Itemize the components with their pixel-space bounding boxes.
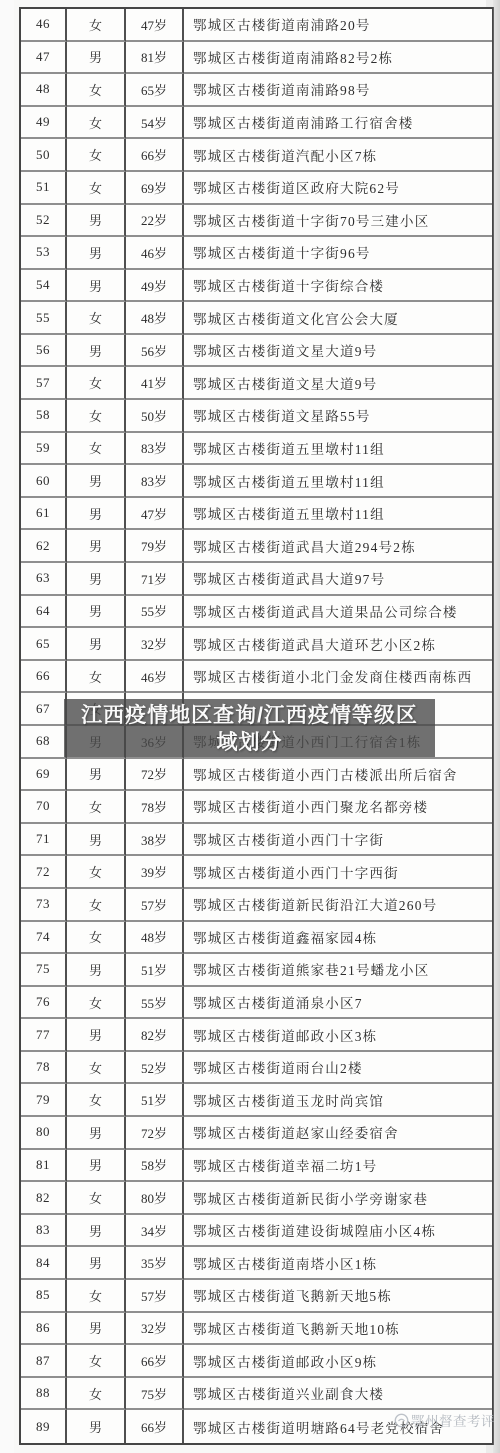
address-cell: 鄂城区古楼街道文星路55号 bbox=[184, 400, 492, 433]
gender-cell: 女 bbox=[67, 889, 126, 922]
age-cell: 35岁 bbox=[126, 1247, 184, 1280]
row-number-cell: 87 bbox=[21, 1345, 67, 1378]
row-number-cell: 89 bbox=[21, 1410, 67, 1443]
row-number-cell: 50 bbox=[21, 139, 67, 172]
age-cell: 66岁 bbox=[126, 1410, 184, 1443]
address-cell: 鄂城区古楼街道新民街小学旁谢家巷 bbox=[184, 1182, 492, 1215]
overlay-caption-banner: 江西疫情地区查询/江西疫情等级区 域划分 bbox=[64, 699, 435, 757]
age-cell: 57岁 bbox=[126, 889, 184, 922]
address-cell: 鄂城区古楼街道十字街96号 bbox=[184, 237, 492, 270]
gender-cell: 男 bbox=[67, 954, 126, 987]
gender-cell: 女 bbox=[67, 367, 126, 400]
address-cell: 鄂城区古楼街道建设街城隍庙小区4栋 bbox=[184, 1215, 492, 1248]
row-number-cell: 72 bbox=[21, 856, 67, 889]
gender-cell: 女 bbox=[67, 922, 126, 955]
gender-cell: 男 bbox=[67, 465, 126, 498]
age-cell: 55岁 bbox=[126, 596, 184, 629]
address-cell: 鄂城区古楼街道五里墩村11组 bbox=[184, 465, 492, 498]
address-cell: 鄂城区古楼街道新民街沿江大道260号 bbox=[184, 889, 492, 922]
address-cell: 鄂城区古楼街道五里墩村11组 bbox=[184, 433, 492, 466]
address-cell: 鄂城区古楼街道邮政小区9栋 bbox=[184, 1345, 492, 1378]
address-cell: 鄂城区古楼街道武昌大道果品公司综合楼 bbox=[184, 596, 492, 629]
row-number-cell: 80 bbox=[21, 1117, 67, 1150]
age-cell: 49岁 bbox=[126, 270, 184, 303]
age-cell: 83岁 bbox=[126, 433, 184, 466]
row-number-cell: 86 bbox=[21, 1313, 67, 1346]
gender-cell: 女 bbox=[67, 987, 126, 1020]
row-number-cell: 74 bbox=[21, 922, 67, 955]
row-number-cell: 88 bbox=[21, 1378, 67, 1411]
row-number-cell: 64 bbox=[21, 596, 67, 629]
address-cell: 鄂城区古楼街道文星大道9号 bbox=[184, 367, 492, 400]
gender-cell: 男 bbox=[67, 1247, 126, 1280]
age-cell: 69岁 bbox=[126, 172, 184, 205]
age-cell: 51岁 bbox=[126, 954, 184, 987]
address-cell: 鄂城区古楼街道小西门古楼派出所后宿舍 bbox=[184, 759, 492, 792]
gender-cell: 女 bbox=[67, 172, 126, 205]
gender-cell: 女 bbox=[67, 139, 126, 172]
age-cell: 50岁 bbox=[126, 400, 184, 433]
gender-cell: 男 bbox=[67, 530, 126, 563]
gender-cell: 女 bbox=[67, 661, 126, 694]
page-edge-strip bbox=[493, 0, 500, 1453]
age-cell: 81岁 bbox=[126, 42, 184, 75]
address-cell: 鄂城区古楼街道小西门十字西街 bbox=[184, 856, 492, 889]
row-number-cell: 53 bbox=[21, 237, 67, 270]
row-number-cell: 70 bbox=[21, 791, 67, 824]
row-number-cell: 81 bbox=[21, 1150, 67, 1183]
row-number-cell: 69 bbox=[21, 759, 67, 792]
address-cell: 鄂城区古楼街道兴业副食大楼 bbox=[184, 1378, 492, 1411]
banner-title-line1: 江西疫情地区查询/江西疫情等级区 bbox=[64, 702, 435, 729]
gender-cell: 女 bbox=[67, 433, 126, 466]
gender-cell: 女 bbox=[67, 302, 126, 335]
row-number-cell: 77 bbox=[21, 1019, 67, 1052]
gender-cell: 女 bbox=[67, 1052, 126, 1085]
row-number-cell: 65 bbox=[21, 628, 67, 661]
gender-cell: 女 bbox=[67, 1378, 126, 1411]
gender-cell: 男 bbox=[67, 270, 126, 303]
row-number-cell: 73 bbox=[21, 889, 67, 922]
address-cell: 鄂城区古楼街道小西门十字街 bbox=[184, 824, 492, 857]
gender-cell: 女 bbox=[67, 856, 126, 889]
address-cell: 鄂城区古楼街道涌泉小区7 bbox=[184, 987, 492, 1020]
address-cell: 鄂城区古楼街道文化宫公会大厦 bbox=[184, 302, 492, 335]
address-cell: 鄂城区古楼街道武昌大道环艺小区2栋 bbox=[184, 628, 492, 661]
age-cell: 79岁 bbox=[126, 530, 184, 563]
row-number-cell: 82 bbox=[21, 1182, 67, 1215]
age-cell: 55岁 bbox=[126, 987, 184, 1020]
gender-cell: 男 bbox=[67, 498, 126, 531]
age-cell: 57岁 bbox=[126, 1280, 184, 1313]
address-cell: 鄂城区古楼街道南浦路工行宿舍楼 bbox=[184, 107, 492, 140]
address-cell: 鄂城区古楼街道区政府大院62号 bbox=[184, 172, 492, 205]
gender-cell: 男 bbox=[67, 628, 126, 661]
age-cell: 82岁 bbox=[126, 1019, 184, 1052]
age-cell: 46岁 bbox=[126, 661, 184, 694]
row-number-cell: 68 bbox=[21, 726, 67, 759]
address-cell: 鄂城区古楼街道南浦路98号 bbox=[184, 74, 492, 107]
age-cell: 72岁 bbox=[126, 759, 184, 792]
row-number-cell: 58 bbox=[21, 400, 67, 433]
gender-cell: 男 bbox=[67, 42, 126, 75]
row-number-cell: 46 bbox=[21, 9, 67, 42]
row-number-cell: 55 bbox=[21, 302, 67, 335]
address-cell: 鄂城区古楼街道南浦路82号2栋 bbox=[184, 42, 492, 75]
address-cell: 鄂城区古楼街道南塔小区1栋 bbox=[184, 1247, 492, 1280]
row-number-cell: 48 bbox=[21, 74, 67, 107]
address-cell: 鄂城区古楼街道幸福二坊1号 bbox=[184, 1150, 492, 1183]
watermark-circle-logo-icon bbox=[394, 1413, 409, 1428]
address-cell: 鄂城区古楼街道小西门聚龙名都旁楼 bbox=[184, 791, 492, 824]
row-number-cell: 84 bbox=[21, 1247, 67, 1280]
gender-cell: 男 bbox=[67, 759, 126, 792]
gender-cell: 男 bbox=[67, 335, 126, 368]
age-cell: 51岁 bbox=[126, 1084, 184, 1117]
banner-title-line2: 域划分 bbox=[64, 729, 435, 756]
gender-cell: 女 bbox=[67, 791, 126, 824]
address-cell: 鄂城区古楼街道玉龙时尚宾馆 bbox=[184, 1084, 492, 1117]
age-cell: 38岁 bbox=[126, 824, 184, 857]
watermark: 鄂州督查考评 bbox=[394, 1410, 495, 1430]
row-number-cell: 79 bbox=[21, 1084, 67, 1117]
address-cell: 鄂城区古楼街道南浦路20号 bbox=[184, 9, 492, 42]
address-cell: 鄂城区古楼街道雨台山2楼 bbox=[184, 1052, 492, 1085]
age-cell: 56岁 bbox=[126, 335, 184, 368]
row-number-cell: 51 bbox=[21, 172, 67, 205]
gender-cell: 男 bbox=[67, 1117, 126, 1150]
row-number-cell: 75 bbox=[21, 954, 67, 987]
gender-cell: 女 bbox=[67, 9, 126, 42]
age-cell: 83岁 bbox=[126, 465, 184, 498]
address-cell: 鄂城区古楼街道飞鹅新天地5栋 bbox=[184, 1280, 492, 1313]
age-cell: 47岁 bbox=[126, 9, 184, 42]
row-number-cell: 85 bbox=[21, 1280, 67, 1313]
address-cell: 鄂城区古楼街道赵家山经委宿舍 bbox=[184, 1117, 492, 1150]
age-cell: 80岁 bbox=[126, 1182, 184, 1215]
gender-cell: 女 bbox=[67, 107, 126, 140]
address-cell: 鄂城区古楼街道武昌大道97号 bbox=[184, 563, 492, 596]
gender-cell: 男 bbox=[67, 237, 126, 270]
gender-cell: 女 bbox=[67, 1182, 126, 1215]
gender-cell: 女 bbox=[67, 1084, 126, 1117]
age-cell: 72岁 bbox=[126, 1117, 184, 1150]
gender-cell: 女 bbox=[67, 74, 126, 107]
address-cell: 鄂城区古楼街道小北门金发商住楼西南栋西 bbox=[184, 661, 492, 694]
row-number-cell: 52 bbox=[21, 205, 67, 238]
row-number-cell: 62 bbox=[21, 530, 67, 563]
address-cell: 鄂城区古楼街道文星大道9号 bbox=[184, 335, 492, 368]
age-cell: 32岁 bbox=[126, 1313, 184, 1346]
age-cell: 66岁 bbox=[126, 139, 184, 172]
row-number-cell: 76 bbox=[21, 987, 67, 1020]
row-number-cell: 47 bbox=[21, 42, 67, 75]
gender-cell: 男 bbox=[67, 1150, 126, 1183]
watermark-text: 鄂州督查考评 bbox=[411, 1410, 495, 1430]
age-cell: 52岁 bbox=[126, 1052, 184, 1085]
row-number-cell: 67 bbox=[21, 693, 67, 726]
age-cell: 75岁 bbox=[126, 1378, 184, 1411]
row-number-cell: 71 bbox=[21, 824, 67, 857]
gender-cell: 男 bbox=[67, 1410, 126, 1443]
gender-cell: 女 bbox=[67, 400, 126, 433]
address-cell: 鄂城区古楼街道鑫福家园4栋 bbox=[184, 922, 492, 955]
age-cell: 41岁 bbox=[126, 367, 184, 400]
age-cell: 46岁 bbox=[126, 237, 184, 270]
address-cell: 鄂城区古楼街道汽配小区7栋 bbox=[184, 139, 492, 172]
gender-cell: 女 bbox=[67, 1345, 126, 1378]
gender-cell: 男 bbox=[67, 205, 126, 238]
age-cell: 22岁 bbox=[126, 205, 184, 238]
gender-cell: 男 bbox=[67, 1215, 126, 1248]
address-cell: 鄂城区古楼街道武昌大道294号2栋 bbox=[184, 530, 492, 563]
age-cell: 78岁 bbox=[126, 791, 184, 824]
age-cell: 65岁 bbox=[126, 74, 184, 107]
address-cell: 鄂城区古楼街道飞鹅新天地10栋 bbox=[184, 1313, 492, 1346]
row-number-cell: 54 bbox=[21, 270, 67, 303]
gender-cell: 男 bbox=[67, 1019, 126, 1052]
row-number-cell: 60 bbox=[21, 465, 67, 498]
row-number-cell: 61 bbox=[21, 498, 67, 531]
age-cell: 34岁 bbox=[126, 1215, 184, 1248]
row-number-cell: 59 bbox=[21, 433, 67, 466]
row-number-cell: 63 bbox=[21, 563, 67, 596]
address-cell: 鄂城区古楼街道熊家巷21号蟠龙小区 bbox=[184, 954, 492, 987]
row-number-cell: 83 bbox=[21, 1215, 67, 1248]
age-cell: 48岁 bbox=[126, 302, 184, 335]
gender-cell: 男 bbox=[67, 1313, 126, 1346]
address-cell: 鄂城区古楼街道十字街综合楼 bbox=[184, 270, 492, 303]
row-number-cell: 56 bbox=[21, 335, 67, 368]
age-cell: 71岁 bbox=[126, 563, 184, 596]
age-cell: 66岁 bbox=[126, 1345, 184, 1378]
age-cell: 54岁 bbox=[126, 107, 184, 140]
row-number-cell: 78 bbox=[21, 1052, 67, 1085]
gender-cell: 男 bbox=[67, 563, 126, 596]
age-cell: 58岁 bbox=[126, 1150, 184, 1183]
address-cell: 鄂城区古楼街道邮政小区3栋 bbox=[184, 1019, 492, 1052]
address-cell: 鄂城区古楼街道五里墩村11组 bbox=[184, 498, 492, 531]
gender-cell: 男 bbox=[67, 596, 126, 629]
row-number-cell: 66 bbox=[21, 661, 67, 694]
gender-cell: 男 bbox=[67, 824, 126, 857]
age-cell: 48岁 bbox=[126, 922, 184, 955]
address-cell: 鄂城区古楼街道十字街70号三建小区 bbox=[184, 205, 492, 238]
row-number-cell: 49 bbox=[21, 107, 67, 140]
age-cell: 39岁 bbox=[126, 856, 184, 889]
age-cell: 32岁 bbox=[126, 628, 184, 661]
row-number-cell: 57 bbox=[21, 367, 67, 400]
gender-cell: 女 bbox=[67, 1280, 126, 1313]
age-cell: 47岁 bbox=[126, 498, 184, 531]
